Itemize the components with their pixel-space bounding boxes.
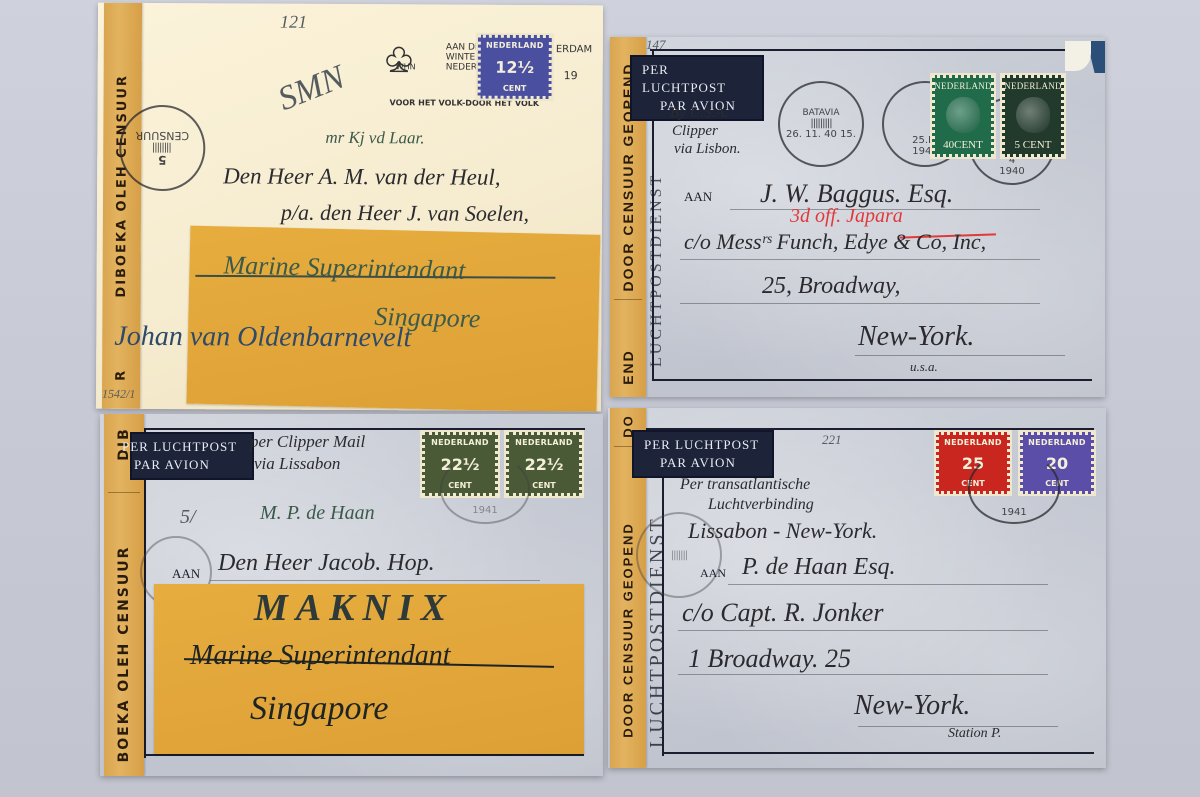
stamp-value: 12½ (495, 57, 534, 76)
address-rule-4 (855, 355, 1065, 356)
address-line-3: 25, Broadway, (762, 273, 900, 300)
stamp-country: NEDERLAND (1004, 81, 1062, 91)
stamp-value: 22½ (525, 455, 564, 474)
postmark-city: BATAVIA (803, 108, 840, 118)
stamp-country: NEDERLAND (431, 438, 489, 447)
stamp-value: 5 CENT (1015, 139, 1052, 151)
tape-seam (108, 492, 140, 493)
routing-line-2: Clipper (672, 123, 718, 140)
airmail-label-line-1: PER LUCHTPOST (142, 438, 242, 456)
airmail-label-line-1: PER LUCHTPOST (644, 436, 762, 454)
address-line-1: P. de Haan Esq. (742, 554, 896, 581)
vertical-luchtpostdienst: LUCHTPOSTDIENST (648, 173, 666, 367)
stamp-country: NEDERLAND (515, 438, 573, 447)
patch-line-marine: Marine Superintendant (190, 640, 451, 672)
stamp-unit: CENT (532, 481, 556, 490)
routing-line-3: via Lisbon. (674, 141, 741, 158)
routing-line-3: Lissabon - New-York. (688, 518, 877, 544)
address-rule-3 (678, 674, 1048, 675)
frame-bottom (662, 752, 1094, 754)
envelope-top-left: DIBOEKA OLEH CENSUUR R 121 SMN ♣ WHN AAN… (96, 3, 603, 412)
frame-bottom (652, 379, 1092, 381)
censor-postmark: 5 |||||||| CENSUUR (119, 105, 205, 191)
address-rule-2 (680, 259, 1040, 260)
address-rule-1 (728, 584, 1048, 585)
censor-tape-fragment: R (114, 369, 129, 381)
address-rule-2 (678, 630, 1048, 631)
corner-note: 221 (822, 432, 842, 448)
aan-label: AAN (684, 189, 712, 205)
cancel-city-fragment: ERDAM (556, 45, 592, 55)
blue-redirect-note: Johan van Oldenbarnevelt (114, 321, 411, 355)
patch-line-maknix: MAKNIX (254, 586, 454, 630)
frame-bottom (144, 754, 584, 756)
queen-portrait-icon (946, 97, 980, 133)
postmark-batavia: BATAVIA ||||||||| 26. 11. 40 15. (778, 81, 864, 167)
pencil-note-number: 121 (280, 12, 307, 33)
cancel-year-fragment: 19 (564, 71, 578, 81)
stamp-country: NEDERLAND (486, 41, 544, 50)
redirect-patch: MAKNIX Marine Superintendant Singapore (154, 584, 584, 754)
green-note: mr Kj vd Laar. (325, 128, 424, 149)
address-line-4: New-York. (858, 321, 974, 353)
censor-tape-fragment: END (620, 349, 636, 385)
stamp-40-cent: NEDERLAND 40CENT (932, 75, 994, 157)
torn-corner-paper (1065, 41, 1091, 71)
address-line-5: Station P. (948, 726, 1001, 742)
stamp-country: NEDERLAND (1028, 438, 1086, 447)
airmail-label-line-2: PAR AVION (142, 456, 242, 474)
pencil-note: 5/ (180, 506, 196, 529)
stamp-country: NEDERLAND (944, 438, 1002, 447)
censor-tape-text: DOOR CENSUUR GEOPEND (621, 522, 636, 738)
routing-line-1: per Clipper Mail (250, 432, 365, 452)
patch-line-struck: Marine Superintendant (223, 250, 466, 285)
aan-label: AAN (700, 566, 726, 581)
address-line-1: Den Heer A. M. van der Heul, (223, 163, 501, 190)
airmail-label-line-1: PER LUCHTPOST (642, 61, 752, 97)
address-line-2: p/a. den Heer J. van Soelen, (281, 200, 529, 227)
airmail-label-line-2: PAR AVION (644, 454, 762, 472)
postmark-year: 1941 (1001, 507, 1026, 518)
envelope-top-right: DOOR CENSUUR GEOPEND END 147 PER LUCHTPO… (610, 37, 1105, 397)
postmark-bars: ||||||| (671, 550, 688, 561)
envelope-bottom-right: DO DOOR CENSUUR GEOPEND 221 PER LUCHTPOS… (608, 408, 1106, 768)
address-line-5: u.s.a. (910, 359, 938, 375)
slogan-footer: VOOR HET VOLK-DOOR HET VOLK (390, 98, 540, 109)
patch-line-singapore: Singapore (250, 690, 389, 728)
address-rule-3 (680, 303, 1040, 304)
aan-label: AAN (172, 566, 200, 582)
address-line-3: 1 Broadway. 25 (688, 644, 851, 674)
postmark-year: 1940 (999, 166, 1024, 177)
address-line-1: Den Heer Jacob. Hop. (218, 550, 435, 577)
envelope-bottom-left: DIB BOEKA OLEH CENSUUR PER LUCHTPOST PAR… (100, 414, 603, 776)
green-note: M. P. de Haan (260, 502, 375, 525)
queen-portrait-icon (1016, 97, 1050, 133)
postmark-bars: ||||||||| (810, 118, 831, 129)
clover-emblem-text: WHN (396, 62, 416, 72)
routing-line-1: By U.S.A. (670, 105, 728, 122)
red-annotation: 3d off. Japara (790, 205, 903, 228)
tape-seam (614, 299, 642, 300)
stamp-value: 40CENT (943, 139, 983, 151)
corner-note: 147 (646, 37, 666, 53)
frame-top (650, 49, 1090, 51)
pencil-note-smn: SMN (273, 59, 350, 119)
postmark-date: 26. 11. 40 15. (786, 129, 856, 140)
postmark: 1941 (968, 452, 1060, 524)
stamp-country: NEDERLAND (934, 81, 992, 91)
censor-tape-text: DIBOEKA OLEH CENSUUR (114, 74, 130, 298)
routing-line-2: via Lissabon (254, 454, 340, 474)
corner-note: 1542/1 (102, 387, 135, 402)
postmark-bars: |||||||| (153, 142, 172, 153)
clover-emblem-icon: ♣ (386, 34, 412, 81)
address-line-2: c/o Capt. R. Jonker (682, 598, 883, 628)
censor-tape-text: BOEKA OLEH CENSUUR (116, 546, 132, 763)
airmail-label: PER LUCHTPOST PAR AVION (130, 432, 254, 480)
airmail-label: PER LUCHTPOST PAR AVION (632, 430, 774, 478)
frame-top (140, 428, 585, 430)
stamp-12-5-cent: NEDERLAND 12½ CENT (478, 35, 552, 99)
redirect-patch: Marine Superintendant Singapore (186, 226, 600, 412)
routing-line-2: Luchtverbinding (708, 496, 814, 514)
postmark-year: 1941 (472, 505, 497, 516)
postmark: 1941 (440, 454, 530, 524)
stamp-unit: CENT (503, 84, 527, 93)
routing-line-1: Per transatlantische (680, 476, 810, 494)
address-line-2: c/o Messʳˢ Funch, Edye & Co, Inc, (684, 229, 986, 255)
postmark-text: CENSUUR (136, 129, 190, 142)
address-line-4: New-York. (854, 690, 970, 722)
address-rule-1 (210, 580, 540, 581)
stamp-5-cent: NEDERLAND 5 CENT (1002, 75, 1064, 157)
postmark-number: 5 (158, 153, 166, 167)
